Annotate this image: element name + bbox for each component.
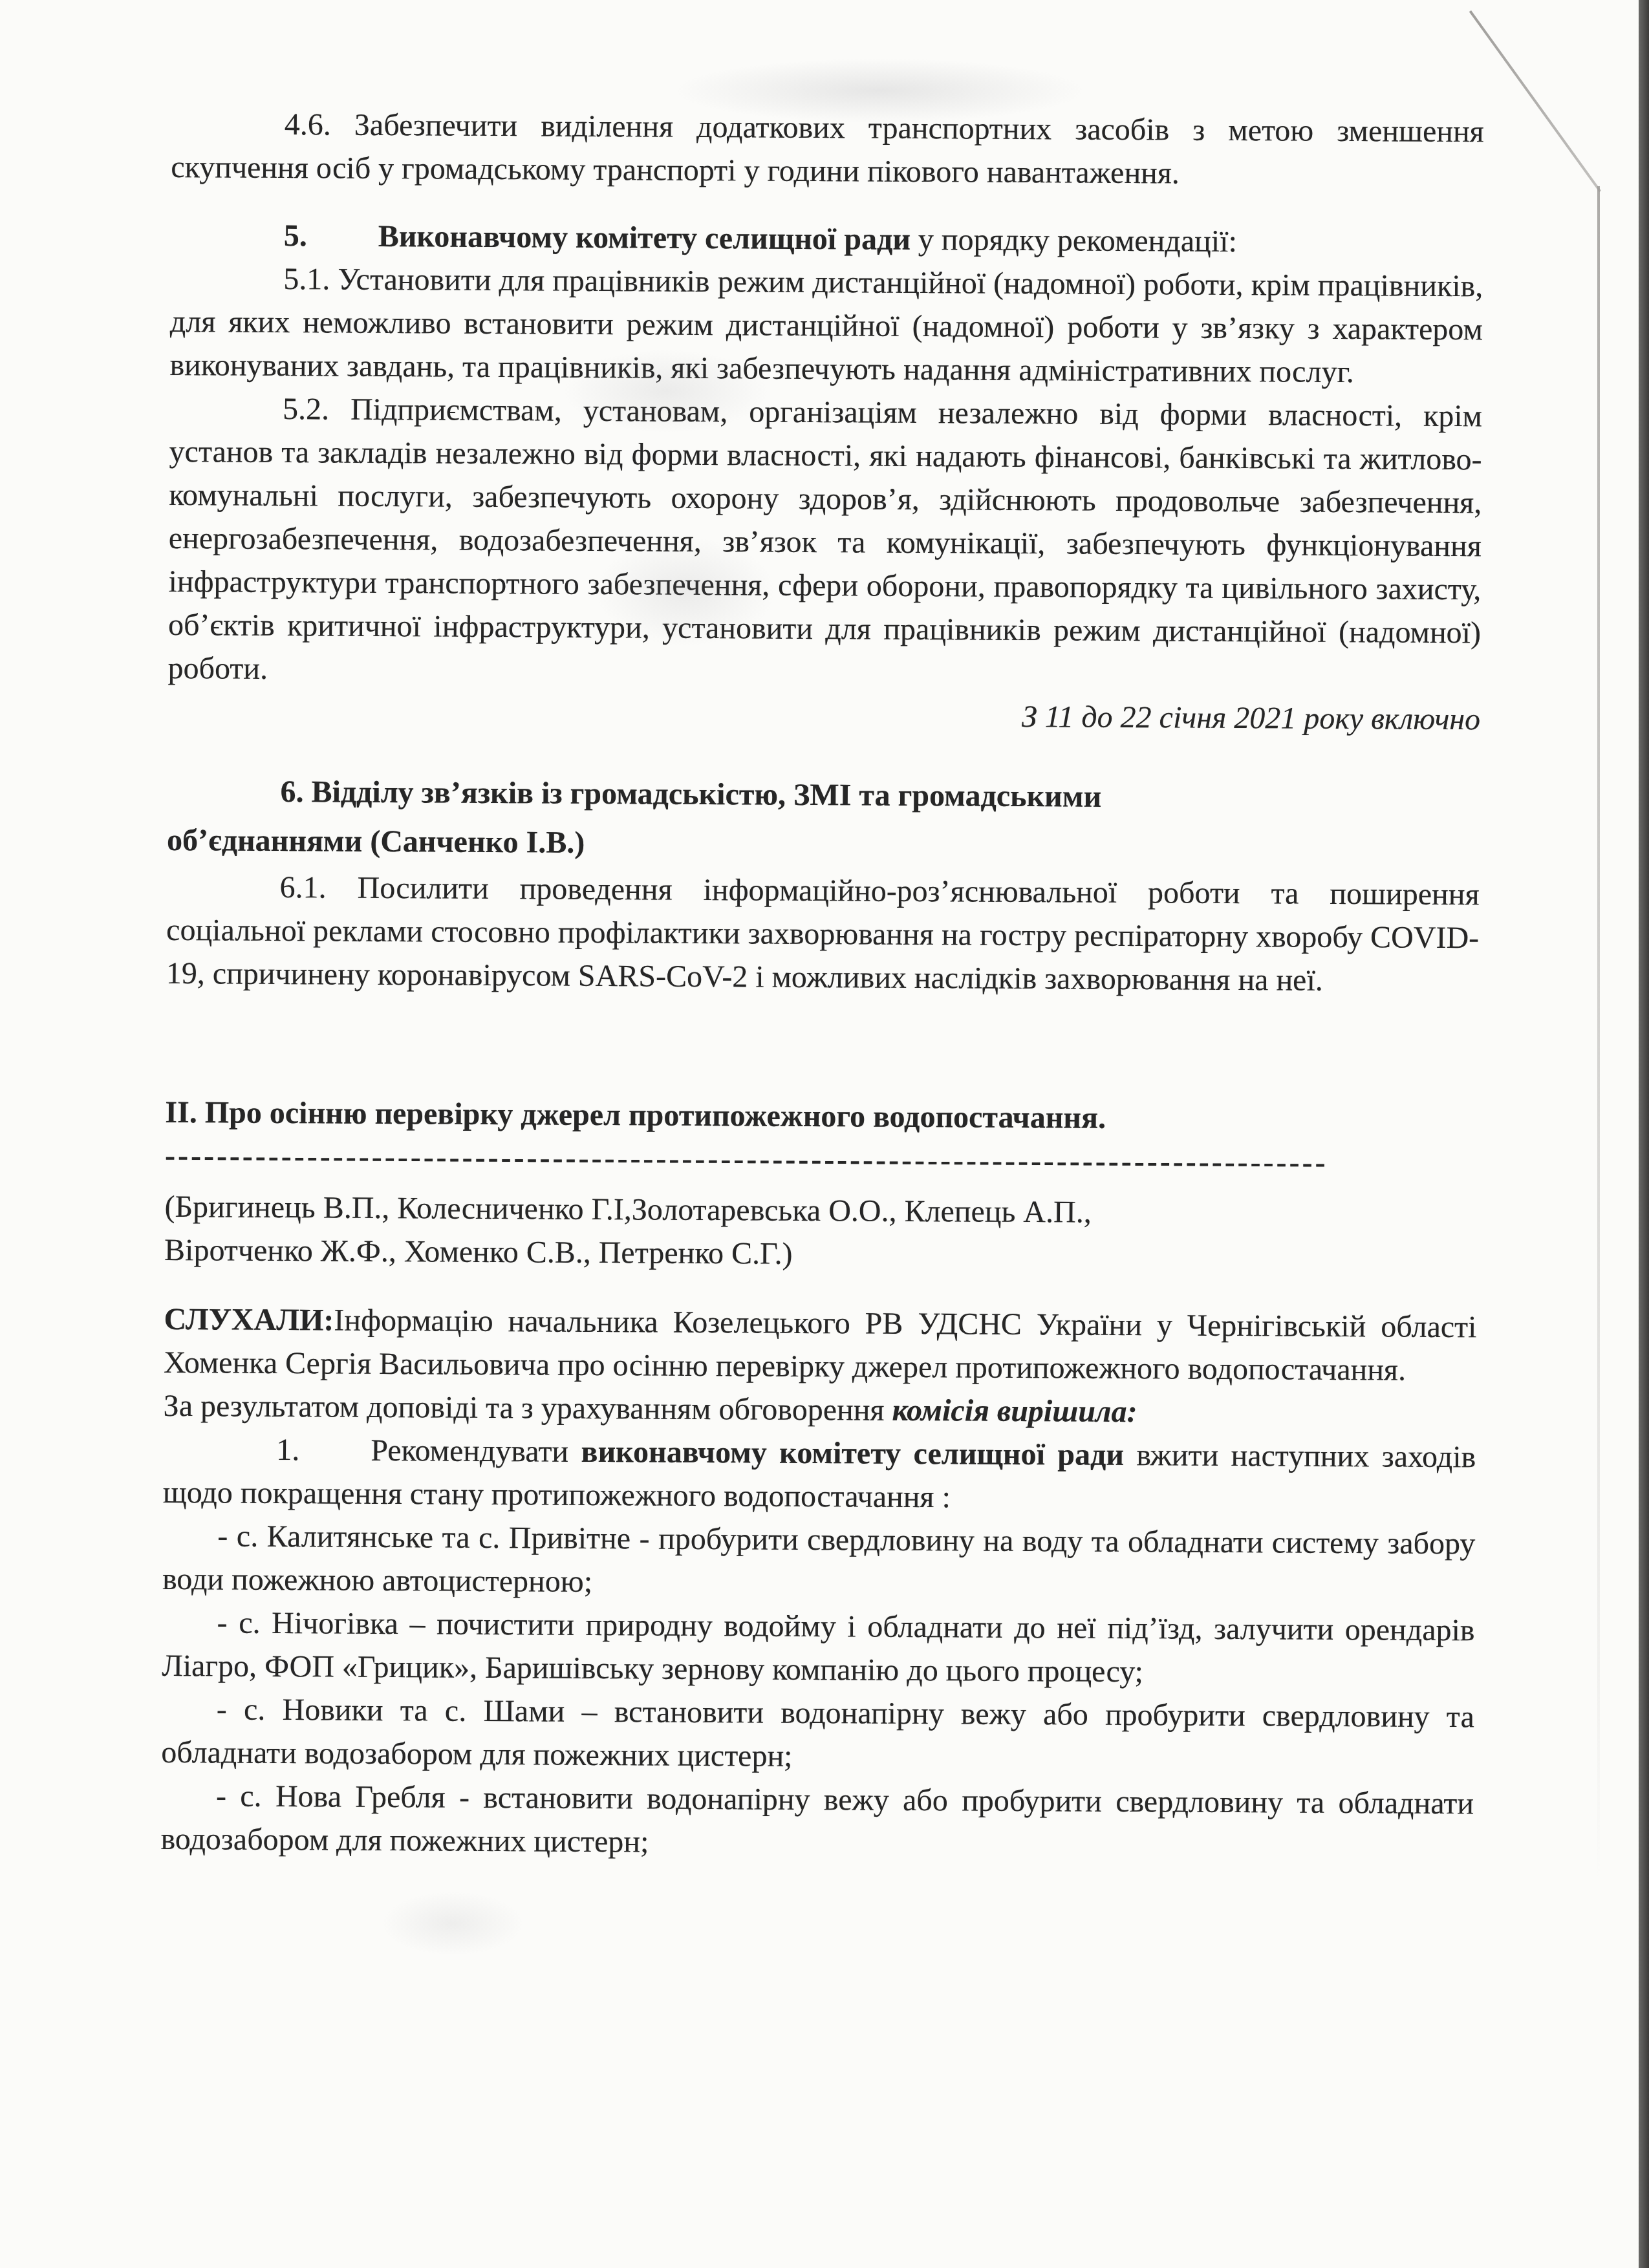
heading-item-6: 6. Відділу зв’язків із громадськістю, ЗМ…: [167, 767, 1480, 873]
item-5-bold-text: Виконавчому комітету селищної ради: [378, 219, 911, 257]
resolution-decided-text: комісія вирішила:: [892, 1393, 1137, 1429]
item-5-rest-text: у порядку рекомендації:: [911, 222, 1237, 259]
tab-space: [307, 246, 378, 246]
paragraph-6-1: 6.1. Посилити проведення інформаційно-ро…: [166, 865, 1480, 1003]
heard-paragraph: СЛУХАЛИ:Інформацію начальника Козелецько…: [164, 1298, 1477, 1392]
item-1-bold-text: виконавчому комітету селищної ради: [581, 1435, 1124, 1472]
section-2-title: ІІ. Про осінню перевірку джерел протипож…: [165, 1091, 1478, 1142]
commission-members-line1: (Бригинець В.П., Колесниченко Г.І,Золота…: [164, 1185, 1477, 1236]
heard-text: Інформацію начальника Козелецького РВ УД…: [164, 1303, 1477, 1387]
heading-item-6-line1: 6. Відділу зв’язків із громадськістю, ЗМ…: [167, 767, 1480, 824]
page-corner-fold-line: [1469, 10, 1601, 192]
item-1-pre-text: Рекомендувати: [371, 1433, 581, 1469]
commission-members-line2: Віротченко Ж.Ф., Хоменко С.В., Петренко …: [164, 1228, 1477, 1279]
resolution-intro-text: За результатом доповіді та з урахуванням…: [164, 1389, 892, 1428]
bullet-novyky-shamy: - с. Новики та с. Шами – встановити водо…: [161, 1687, 1474, 1782]
bullet-nichohivka: - с. Нічогівка – почистити природну водо…: [162, 1601, 1475, 1695]
section-divider-dashes: ----------------------------------------…: [165, 1134, 1478, 1185]
effective-dates-note: З 11 до 22 січня 2021 року включно: [167, 690, 1480, 741]
heading-item-6-line2: об’єднаннями (Санченко І.В.): [167, 816, 1480, 873]
paragraph-5-1: 5.1. Установити для працівників режим ди…: [169, 257, 1483, 394]
scanned-document-page: 4.6. Забезпечити виділення додаткових тр…: [0, 0, 1649, 2268]
item-5-number: 5.: [284, 219, 307, 253]
resolution-intro-line: За результатом доповіді та з урахуванням…: [163, 1384, 1476, 1435]
document-text: 4.6. Забезпечити виділення додаткових тр…: [160, 102, 1484, 1868]
bullet-nova-hreblia: - с. Нова Гребля - встановити водонапірн…: [160, 1774, 1474, 1868]
commission-members: (Бригинець В.П., Колесниченко Г.І,Золота…: [164, 1185, 1478, 1279]
heard-label: СЛУХАЛИ:: [164, 1302, 334, 1338]
scanner-edge-dark-band: [1639, 0, 1649, 2268]
paragraph-5-2: 5.2. Підприємствам, установам, організац…: [167, 387, 1482, 698]
heading-item-5: 5.Виконавчому комітету селищної ради у п…: [171, 213, 1483, 264]
item-1-number: 1.: [276, 1433, 299, 1467]
tab-space: [299, 1460, 371, 1460]
paragraph-4-6: 4.6. Забезпечити виділення додаткових тр…: [171, 102, 1484, 197]
scan-noise-smudge: [382, 1891, 524, 1956]
recommendation-item-1: 1.Рекомендувати виконавчому комітету сел…: [163, 1428, 1476, 1522]
bullet-kalytianske: - с. Калитянське та с. Привітне - пробур…: [162, 1514, 1476, 1609]
underlying-page-edge-line: [1597, 186, 1600, 1880]
